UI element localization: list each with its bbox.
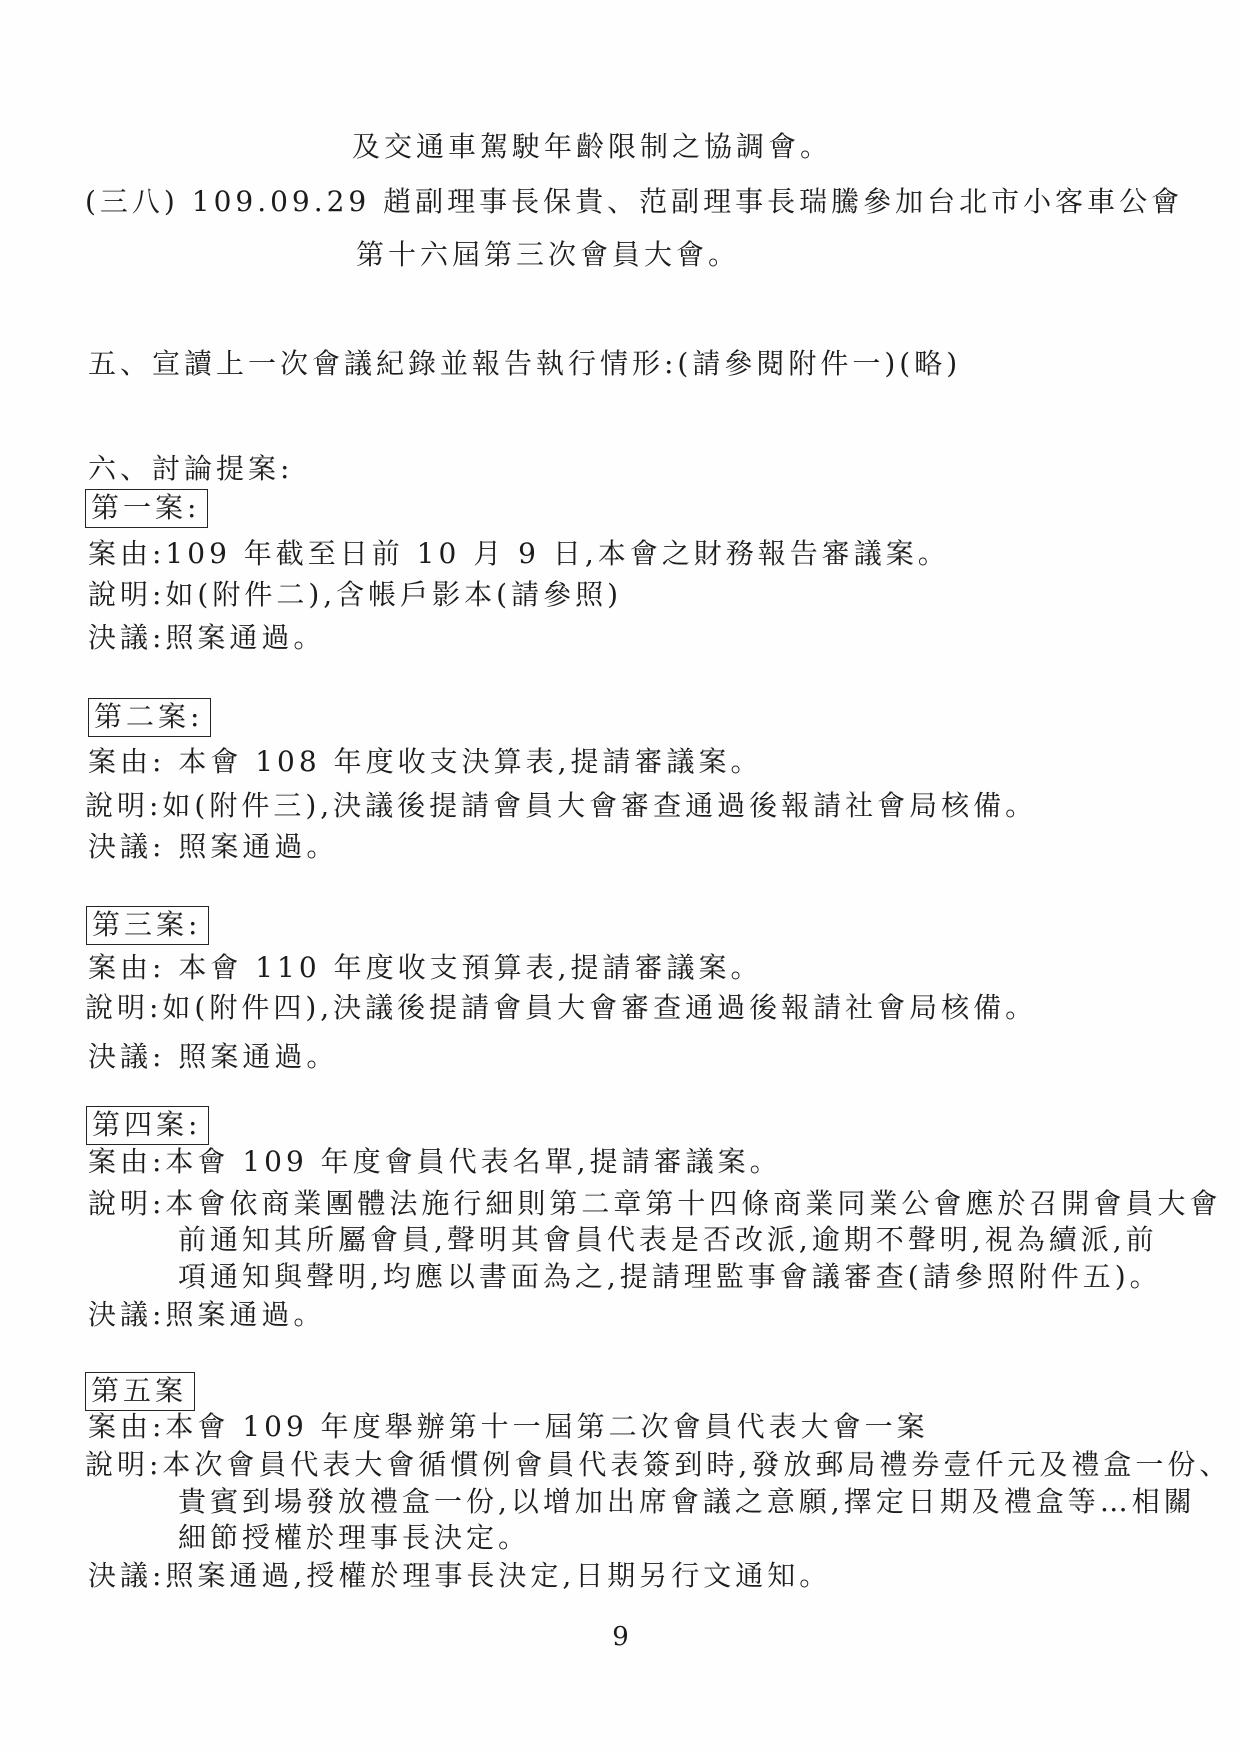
proposal-2-subject: 案由: 本會 108 年度收支決算表,提請審議案。	[88, 743, 762, 781]
proposal-5-explanation-line-2: 貴賓到場發放禮盒一份,以增加出席會議之意願,擇定日期及禮盒等…相關	[178, 1483, 1196, 1521]
proposal-4-explanation-line-2: 前通知其所屬會員,聲明其會員代表是否改派,逾期不聲明,視為續派,前	[178, 1221, 1158, 1259]
proposal-1-box: 第一案:	[85, 489, 208, 528]
section-5-heading: 五、宣讀上一次會議紀錄並報告執行情形:(請參閱附件一)(略)	[88, 345, 961, 383]
report-item-38-line-1: (三八) 109.09.29 趙副理事長保貴、范副理事長瑞騰參加台北市小客車公會	[85, 183, 1183, 221]
proposal-3-explanation: 說明:如(附件四),決議後提請會員大會審查通過後報請社會局核備。	[85, 989, 1037, 1027]
proposal-5-explanation-line-3: 細節授權於理事長決定。	[178, 1519, 530, 1557]
proposal-2-label: 第二案:	[94, 700, 203, 733]
proposal-4-explanation-line-1: 說明:本會依商業團體法施行細則第二章第十四條商業同業公會應於召開會員大會	[88, 1185, 1221, 1223]
proposal-3-box: 第三案:	[86, 906, 209, 945]
proposal-2-resolution: 決議: 照案通過。	[88, 828, 338, 866]
proposal-5-label: 第五案	[91, 1374, 187, 1407]
proposal-2-explanation: 說明:如(附件三),決議後提請會員大會審查通過後報請社會局核備。	[85, 787, 1037, 825]
proposal-5-box: 第五案	[85, 1372, 195, 1411]
proposal-4-resolution: 決議:照案通過。	[88, 1296, 325, 1334]
proposal-3-label: 第三案:	[92, 908, 201, 941]
proposal-3-resolution: 決議: 照案通過。	[88, 1038, 338, 1076]
proposal-5-resolution: 決議:照案通過,授權於理事長決定,日期另行文通知。	[88, 1557, 831, 1595]
proposal-4-explanation-line-3: 項通知與聲明,均應以書面為之,提請理監事會議審查(請參照附件五)。	[178, 1258, 1162, 1296]
document-page: 及交通車駕駛年齡限制之協調會。 (三八) 109.09.29 趙副理事長保貴、范…	[0, 0, 1241, 1754]
proposal-1-resolution: 決議:照案通過。	[88, 619, 325, 657]
report-item-38-line-2: 第十六屆第三次會員大會。	[356, 236, 740, 274]
proposal-1-explanation: 說明:如(附件二),含帳戶影本(請參照)	[88, 576, 622, 614]
proposal-5-subject: 案由:本會 109 年度舉辦第十一屆第二次會員代表大會一案	[88, 1408, 929, 1446]
report-continuation-line: 及交通車駕駛年齡限制之協調會。	[352, 128, 832, 166]
proposal-1-subject: 案由:109 年截至日前 10 月 9 日,本會之財務報告審議案。	[88, 535, 950, 573]
proposal-4-subject: 案由:本會 109 年度會員代表名單,提請審議案。	[88, 1143, 782, 1181]
proposal-3-subject: 案由: 本會 110 年度收支預算表,提請審議案。	[88, 949, 762, 987]
proposal-2-box: 第二案:	[88, 698, 211, 737]
proposal-4-label: 第四案:	[92, 1108, 201, 1141]
page-number: 9	[0, 1622, 1241, 1652]
proposal-4-box: 第四案:	[86, 1106, 209, 1145]
proposal-1-label: 第一案:	[91, 491, 200, 524]
proposal-5-explanation-line-1: 說明:本次會員代表大會循慣例會員代表簽到時,發放郵局禮券壹仟元及禮盒一份、	[85, 1446, 1231, 1484]
section-6-heading: 六、討論提案:	[88, 450, 293, 488]
